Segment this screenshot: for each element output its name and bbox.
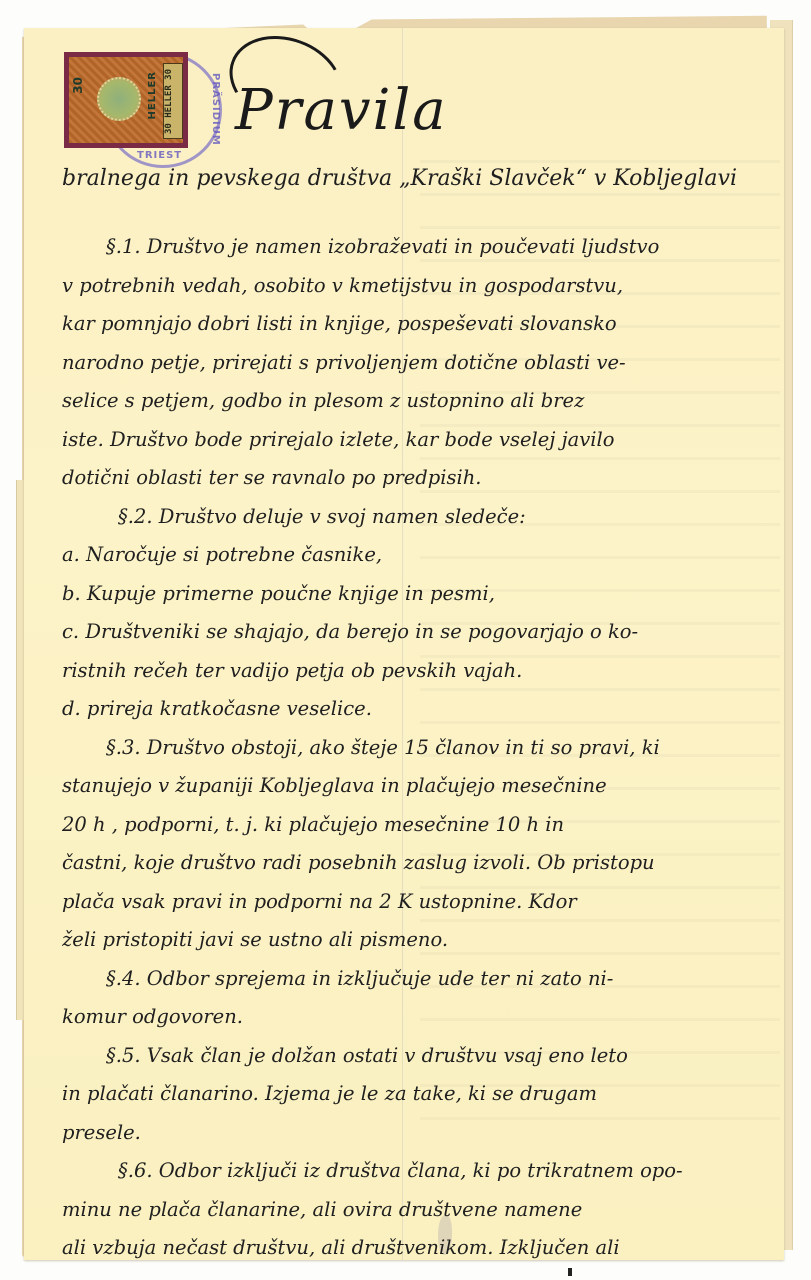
stamp-emblem-icon xyxy=(97,77,141,121)
text-line: c. Društveniki se shajajo, da berejo in … xyxy=(62,613,782,652)
text-line: v potrebnih vedah, osobito v kmetijstvu … xyxy=(62,267,782,306)
text-line: selice s petjem, godbo in plesom z ustop… xyxy=(62,382,782,421)
document-body: §.1. Društvo je namen izobraževati in po… xyxy=(62,228,782,1268)
text-line: §.1. Društvo je namen izobraževati in po… xyxy=(62,228,782,267)
text-line: §.6. Odbor izključi iz društva člana, ki… xyxy=(62,1152,782,1191)
text-line: §.4. Odbor sprejema in izključuje ude te… xyxy=(62,960,782,999)
document-subtitle: bralnega in pevskega društva „Kraški Sla… xyxy=(62,166,782,191)
text-line: b. Kupuje primerne poučne knjige in pesm… xyxy=(62,575,782,614)
text-line: dotični oblasti ter se ravnalo po predpi… xyxy=(62,459,782,498)
document-title: Pravila xyxy=(235,78,448,143)
text-line: §.3. Društvo obstoji, ako šteje 15 člano… xyxy=(62,729,782,768)
text-line: §.2. Društvo deluje v svoj namen sledeče… xyxy=(62,498,782,537)
text-line: narodno petje, prirejati s privoljenjem … xyxy=(62,344,782,383)
text-line: a. Naročuje si potrebne časnike, xyxy=(62,536,782,575)
text-line: ristnih rečeh ter vadijo petja ob pevski… xyxy=(62,652,782,691)
text-line: §.5. Vsak član je dolžan ostati v društv… xyxy=(62,1037,782,1076)
revenue-stamp: 30 HELLER 30 HELLER 30 xyxy=(64,52,188,148)
text-line: 20 h , podporni, t. j. ki plačujejo mese… xyxy=(62,806,782,845)
text-line: presele. xyxy=(62,1114,782,1153)
text-line: plača vsak pravi in podporni na 2 K usto… xyxy=(62,883,782,922)
text-line: iste. Društvo bode prirejalo izlete, kar… xyxy=(62,421,782,460)
text-line: stanujejo v županiji Kobljeglava in plač… xyxy=(62,767,782,806)
text-line: in plačati članarino. Izjema je le za ta… xyxy=(62,1075,782,1114)
text-line: častni, koje društvo radi posebnih zaslu… xyxy=(62,844,782,883)
text-line: minu ne plača članarine, ali ovira društ… xyxy=(62,1191,782,1230)
seal-top-text: PRÄSIDIUM xyxy=(210,73,221,146)
stamp-value: 30 xyxy=(71,77,85,94)
text-line: želi pristopiti javi se ustno ali pismen… xyxy=(62,921,782,960)
stamp-currency: HELLER xyxy=(147,71,158,119)
ink-mark xyxy=(568,1268,572,1276)
text-line: d. prireja kratkočasne veselice. xyxy=(62,690,782,729)
stamp-strip: 30 HELLER 30 xyxy=(163,63,183,139)
text-line: ali vzbuja nečast društvu, ali društveni… xyxy=(62,1229,782,1268)
seal-bottom-text: TRIEST xyxy=(137,150,182,161)
text-line: komur odgovoren. xyxy=(62,998,782,1037)
text-line: kar pomnjajo dobri listi in knjige, posp… xyxy=(62,305,782,344)
